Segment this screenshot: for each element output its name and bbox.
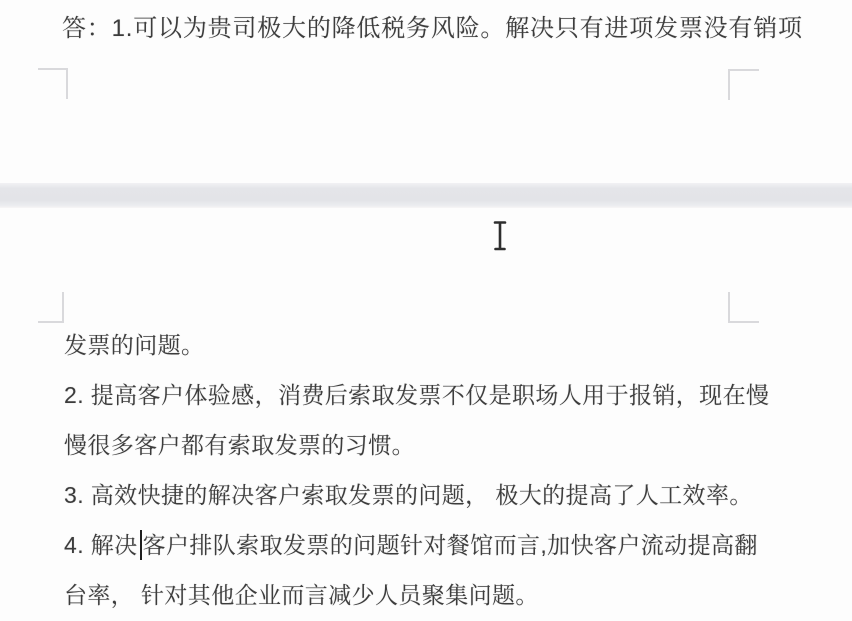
text-after-caret: 客户排队索取发票的问题针对餐馆而言,加快客户流动提高翻 [143, 532, 758, 558]
text-boundary-mark-top-left [38, 292, 64, 323]
text-boundary-mark-bottom-left [38, 68, 68, 99]
paragraph-line[interactable]: 发票的问题。 [64, 320, 769, 370]
paragraph-line[interactable]: 3. 高效快捷的解决客户索取发票的问题， 极大的提高了人工效率。 [64, 470, 769, 520]
text-before-caret: 4. 解决 [64, 532, 138, 558]
paragraph-line[interactable]: 慢很多客户都有索取发票的习惯。 [64, 420, 769, 470]
text-boundary-mark-bottom-right [728, 69, 759, 100]
paragraph-line-with-caret[interactable]: 4. 解决客户排队索取发票的问题针对餐馆而言,加快客户流动提高翻 [64, 520, 769, 570]
document-canvas: 答：1.可以为贵司极大的降低税务风险。解决只有进项发票没有销项 发票的问题。 2… [0, 0, 852, 621]
page-1[interactable]: 答：1.可以为贵司极大的降低税务风险。解决只有进项发票没有销项 [0, 0, 852, 183]
paragraph-line[interactable]: 答：1.可以为贵司极大的降低税务风险。解决只有进项发票没有销项 [62, 13, 803, 45]
paragraph-block: 发票的问题。 2. 提高客户体验感，消费后索取发票不仅是职场人用于报销，现在慢 … [64, 320, 769, 620]
paragraph-line[interactable]: 台率， 针对其他企业而言减少人员聚集问题。 [64, 570, 769, 620]
page-2[interactable]: 发票的问题。 2. 提高客户体验感，消费后索取发票不仅是职场人用于报销，现在慢 … [0, 208, 852, 621]
text-caret [140, 530, 142, 560]
text-boundary-mark-top-right [728, 292, 759, 323]
paragraph-line[interactable]: 2. 提高客户体验感，消费后索取发票不仅是职场人用于报销，现在慢 [64, 370, 769, 420]
page-gap [0, 183, 852, 208]
